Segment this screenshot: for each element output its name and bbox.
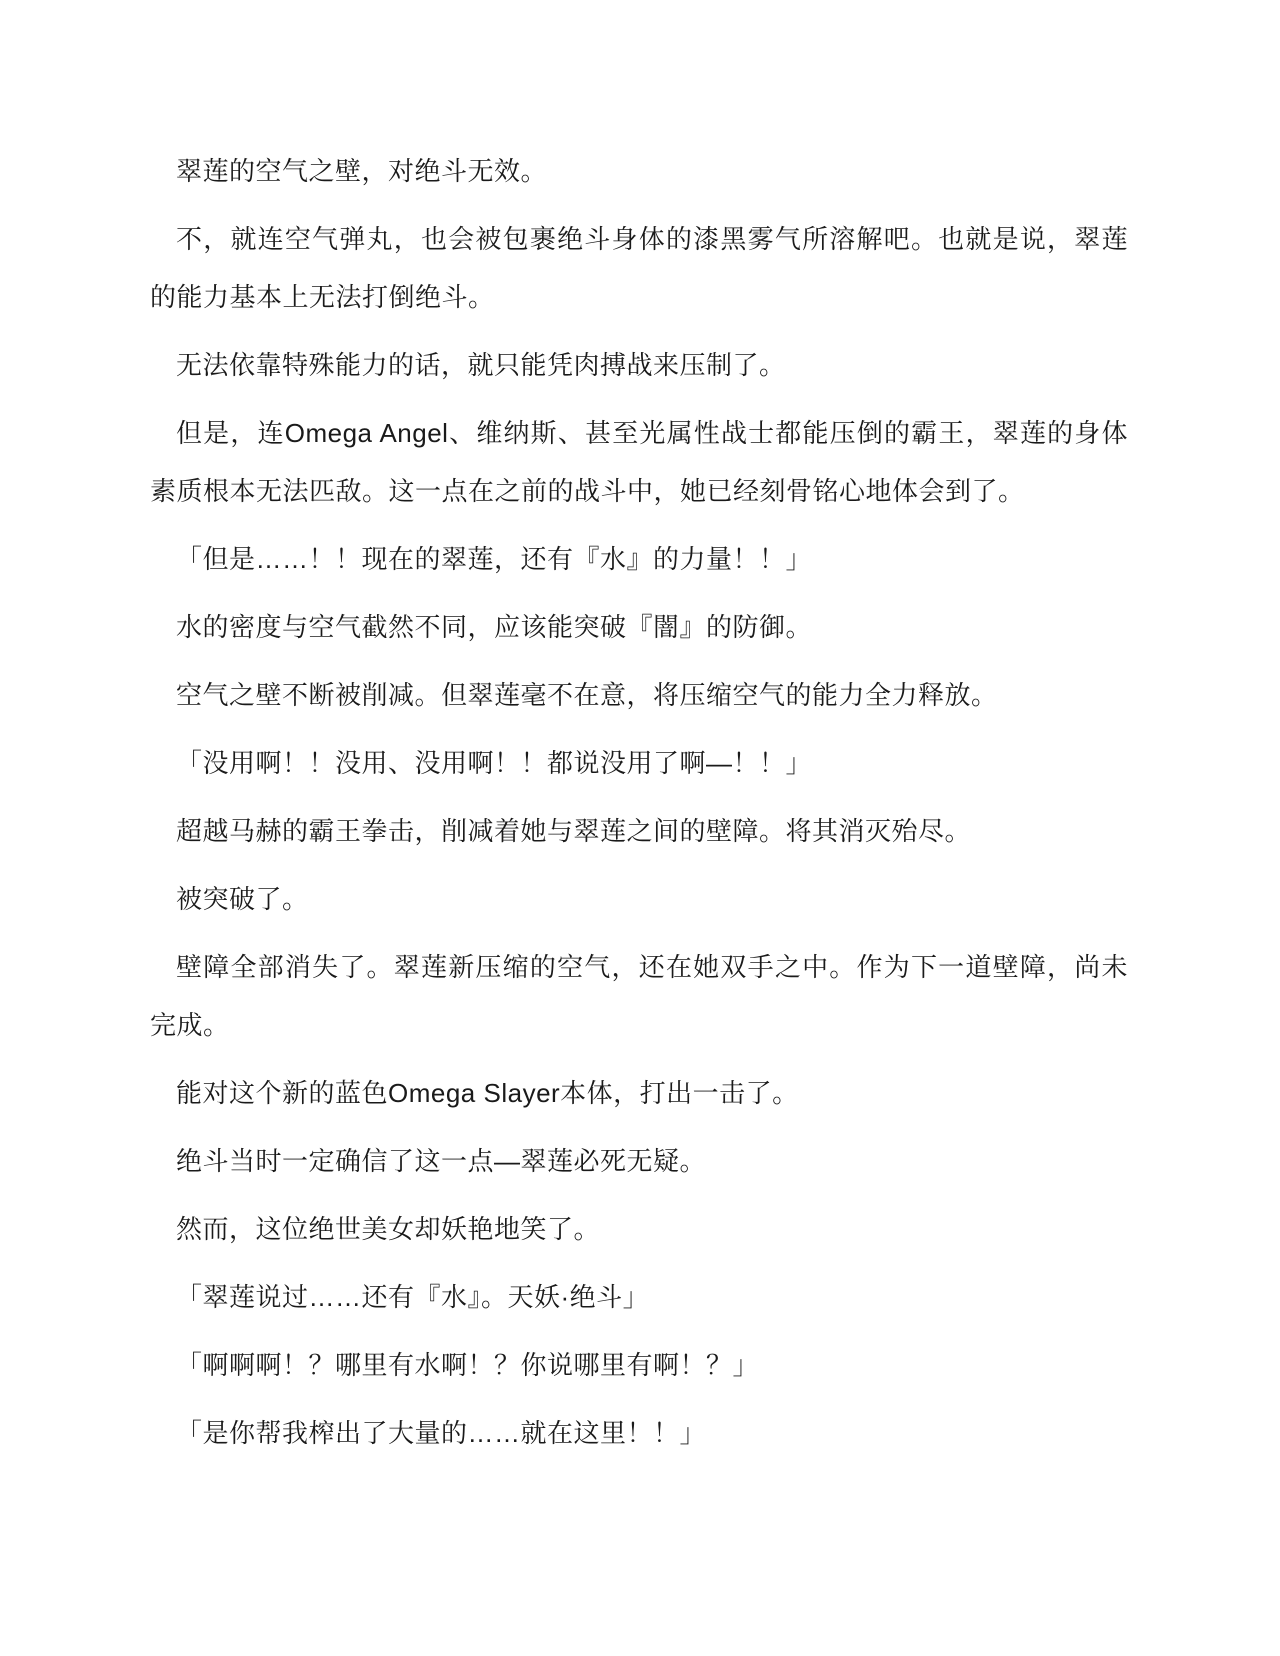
- paragraph: 绝斗当时一定确信了这一点—翠莲必死无疑。: [150, 1132, 1128, 1190]
- paragraph: 然而，这位绝世美女却妖艳地笑了。: [150, 1200, 1128, 1258]
- paragraph: 能对这个新的蓝色Omega Slayer本体，打出一击了。: [150, 1064, 1128, 1122]
- paragraph: 无法依靠特殊能力的话，就只能凭肉搏战来压制了。: [150, 336, 1128, 394]
- paragraph: 水的密度与空气截然不同，应该能突破『闇』的防御。: [150, 598, 1128, 656]
- paragraph: 不，就连空气弹丸，也会被包裹绝斗身体的漆黑雾气所溶解吧。也就是说，翠莲的能力基本…: [150, 210, 1128, 326]
- paragraph: 但是，连Omega Angel、维纳斯、甚至光属性战士都能压倒的霸王，翠莲的身体…: [150, 404, 1128, 520]
- dialogue-paragraph: 「但是……！！现在的翠莲，还有『水』的力量！！」: [150, 530, 1128, 588]
- paragraph: 壁障全部消失了。翠莲新压缩的空气，还在她双手之中。作为下一道壁障，尚未完成。: [150, 938, 1128, 1054]
- paragraph: 超越马赫的霸王拳击，削减着她与翠莲之间的壁障。将其消灭殆尽。: [150, 802, 1128, 860]
- paragraph: 翠莲的空气之壁，对绝斗无效。: [150, 142, 1128, 200]
- paragraph: 被突破了。: [150, 870, 1128, 928]
- dialogue-paragraph: 「啊啊啊！？哪里有水啊！？你说哪里有啊！？」: [150, 1336, 1128, 1394]
- novel-page: 翠莲的空气之壁，对绝斗无效。 不，就连空气弹丸，也会被包裹绝斗身体的漆黑雾气所溶…: [0, 0, 1280, 1656]
- dialogue-paragraph: 「没用啊！！没用、没用啊！！都说没用了啊—！！」: [150, 734, 1128, 792]
- paragraph: 空气之壁不断被削减。但翠莲毫不在意，将压缩空气的能力全力释放。: [150, 666, 1128, 724]
- dialogue-paragraph: 「是你帮我榨出了大量的……就在这里！！」: [150, 1404, 1128, 1462]
- dialogue-paragraph: 「翠莲说过……还有『水』。天妖·绝斗」: [150, 1268, 1128, 1326]
